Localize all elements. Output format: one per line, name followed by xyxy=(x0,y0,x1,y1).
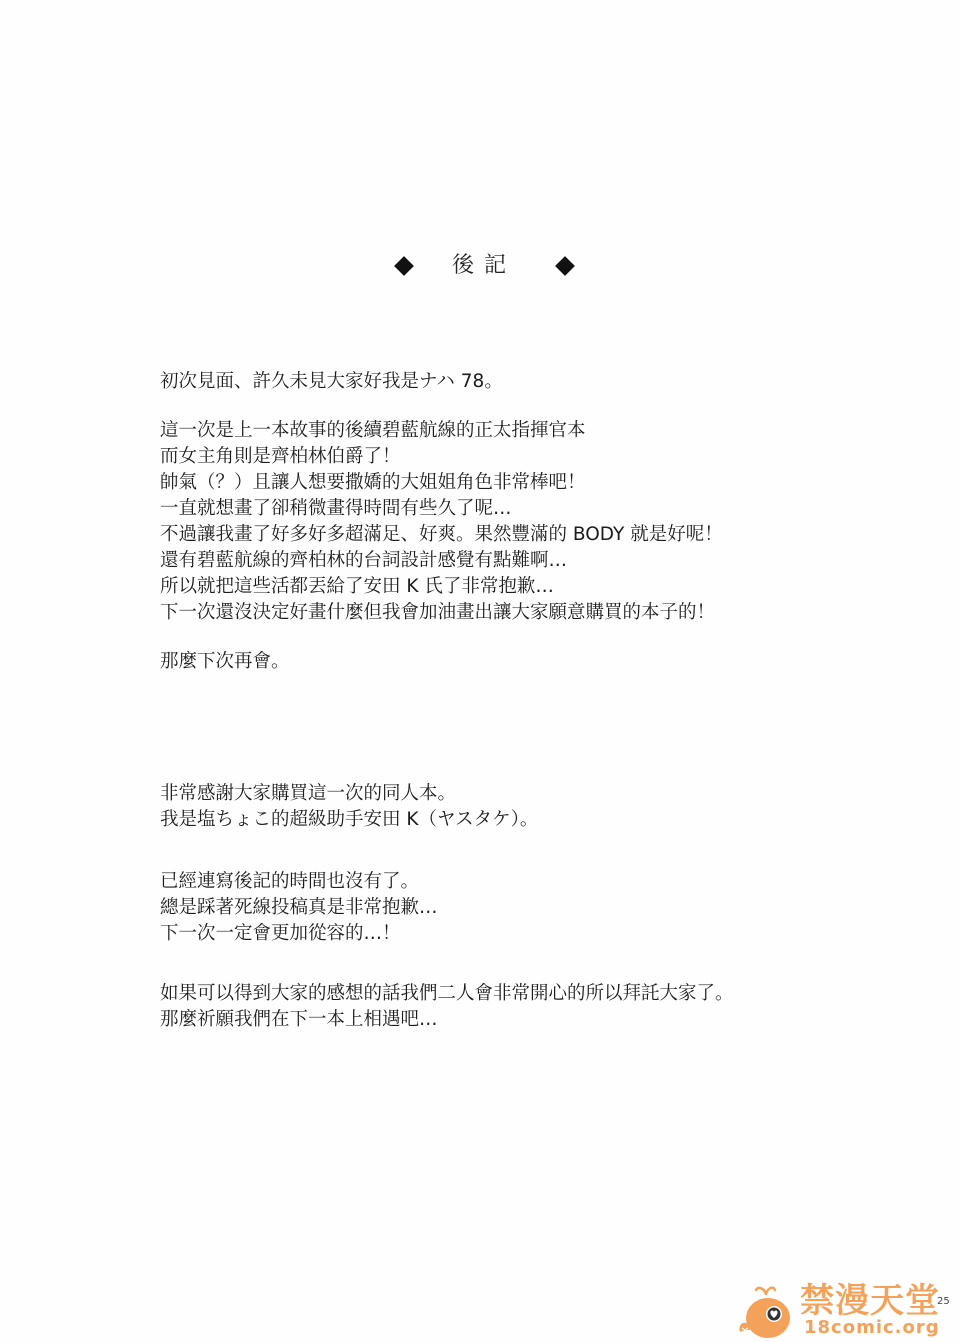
closing-paragraph: 如果可以得到大家的感想的話我們二人會非常開心的所以拜託大家了。 那麼祈願我們在下… xyxy=(160,981,734,1033)
text-line: 我是塩ちょこ的超級助手安田 K（ヤスタケ）。 xyxy=(160,807,538,833)
text-line: 而女主角則是齊柏林伯爵了！ xyxy=(160,444,723,470)
text-line: 不過讓我畫了好多好多超滿足、好爽。果然豐滿的 BODY 就是好呢！ xyxy=(160,522,723,548)
document-page: 後記 初次見面、許久未見大家好我是ナハ 78。 這一次是上一本故事的後續碧藍航線… xyxy=(0,0,960,1342)
text-line: 帥氣（？）且讓人想要撒嬌的大姐姐角色非常棒吧！ xyxy=(160,470,723,496)
text-line: 還有碧藍航線的齊柏林的台詞設計感覺有點難啊… xyxy=(160,548,723,574)
story-paragraph: 這一次是上一本故事的後續碧藍航線的正太指揮官本 而女主角則是齊柏林伯爵了！ 帥氣… xyxy=(160,418,723,626)
text-line: 所以就把這些活都丟給了安田 K 氏了非常抱歉… xyxy=(160,574,723,600)
apology-paragraph: 已經連寫後記的時間也沒有了。 總是踩著死線投稿真是非常抱歉… 下一次一定會更加從… xyxy=(160,869,438,947)
thanks-paragraph: 非常感謝大家購買這一次的同人本。 我是塩ちょこ的超級助手安田 K（ヤスタケ）。 xyxy=(160,781,538,833)
text-line: 如果可以得到大家的感想的話我們二人會非常開心的所以拜託大家了。 xyxy=(160,981,734,1007)
orange-whale-heart-icon xyxy=(736,1284,796,1340)
text-line: 那麼下次再會。 xyxy=(160,649,290,675)
text-line: 一直就想畫了卻稍微畫得時間有些久了呢… xyxy=(160,496,723,522)
text-line: 已經連寫後記的時間也沒有了。 xyxy=(160,869,438,895)
text-line: 那麼祈願我們在下一本上相遇吧… xyxy=(160,1007,734,1033)
text-line: 下一次一定會更加從容的…！ xyxy=(160,921,438,947)
greeting-paragraph: 初次見面、許久未見大家好我是ナハ 78。 xyxy=(160,369,503,395)
diamond-icon xyxy=(394,256,414,276)
page-number: 25 xyxy=(937,1296,950,1308)
farewell-paragraph: 那麼下次再會。 xyxy=(160,649,290,675)
text-line: 下一次還沒決定好畫什麼但我會加油畫出讓大家願意購買的本子的！ xyxy=(160,600,723,626)
watermark-title: 禁漫天堂 xyxy=(800,1282,940,1320)
watermark-url: 18comic.org xyxy=(804,1318,940,1338)
afterword-title: 後記 xyxy=(452,250,516,282)
text-line: 初次見面、許久未見大家好我是ナハ 78。 xyxy=(160,369,503,395)
afterword-heading-row: 後記 xyxy=(0,250,960,286)
text-line: 非常感謝大家購買這一次的同人本。 xyxy=(160,781,538,807)
diamond-icon xyxy=(555,256,575,276)
site-watermark: 禁漫天堂 18comic.org xyxy=(732,1276,960,1342)
text-line: 這一次是上一本故事的後續碧藍航線的正太指揮官本 xyxy=(160,418,723,444)
text-line: 總是踩著死線投稿真是非常抱歉… xyxy=(160,895,438,921)
